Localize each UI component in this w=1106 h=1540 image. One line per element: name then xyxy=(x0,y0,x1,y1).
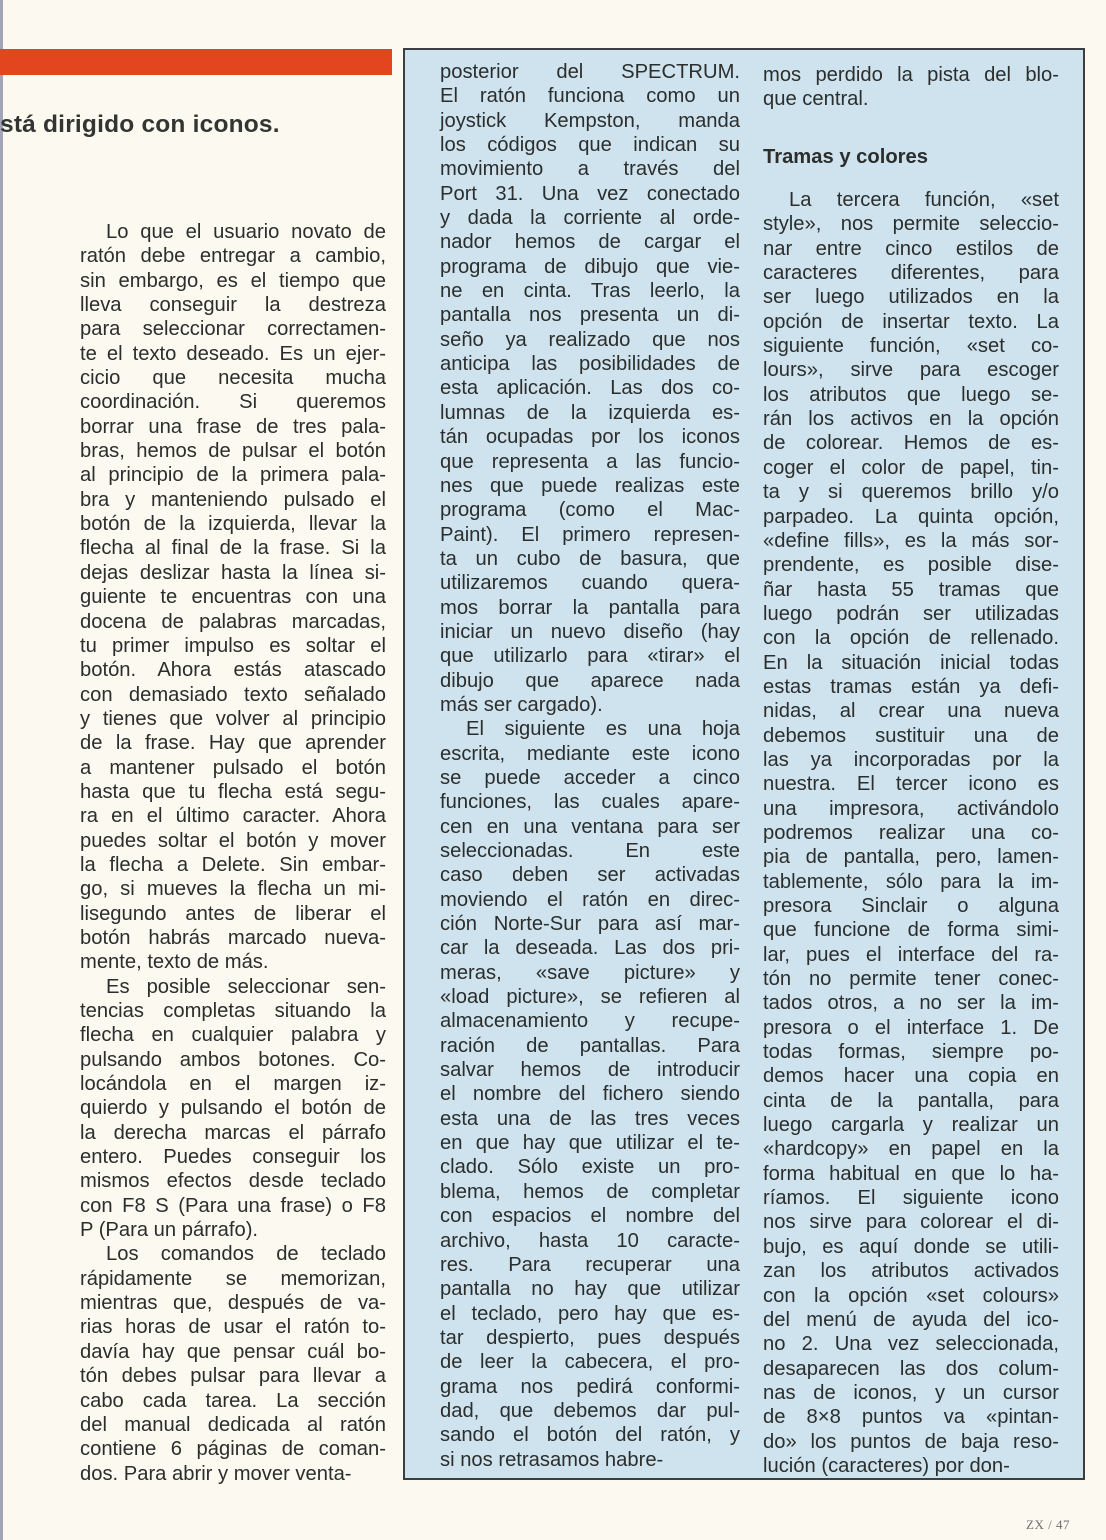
text-line: quierdo y pulsando el botón de xyxy=(80,1096,386,1120)
text-line: lución (caracteres) por don- xyxy=(763,1454,1059,1478)
text-line: si nos retrasamos habre- xyxy=(440,1448,740,1472)
text-line: dad, que debemos dar pul- xyxy=(440,1399,740,1423)
text-line: cabo cada tarea. La sección xyxy=(80,1389,386,1413)
text-line: mismos efectos desde teclado xyxy=(80,1169,386,1193)
text-line: botón habrás marcado nueva- xyxy=(80,926,386,950)
text-line: el teclado, pero hay que es- xyxy=(440,1302,740,1326)
text-line: la flecha a Delete. Sin embar- xyxy=(80,853,386,877)
text-line: a mantener pulsado el botón xyxy=(80,756,386,780)
text-line: puedes soltar el botón y mover xyxy=(80,829,386,853)
text-line: res. Para recuperar una xyxy=(440,1253,740,1277)
text-line: En la situación inicial todas xyxy=(763,651,1059,675)
text-line: del manual dedicada al ratón xyxy=(80,1413,386,1437)
text-line: tados otros, a no ser la im- xyxy=(763,991,1059,1015)
text-line: y tienes que volver al principio xyxy=(80,707,386,731)
text-line: pantalla no hay que utilizar xyxy=(440,1277,740,1301)
text-line: tu primer impulso es soltar el xyxy=(80,634,386,658)
text-line: opción de insertar texto. La xyxy=(763,310,1059,334)
text-line: Port 31. Una vez conectado xyxy=(440,182,740,206)
text-line: luego podrán ser utilizadas xyxy=(763,602,1059,626)
text-line: más ser cargado). xyxy=(440,693,740,717)
text-line: nos sirve para colorear el di- xyxy=(763,1210,1059,1234)
page-binding-edge xyxy=(0,0,3,1540)
text-line: cinta de la pantalla, para xyxy=(763,1089,1059,1113)
text-line: Paint). El primero represen- xyxy=(440,523,740,547)
text-line: ratón debe entregar a cambio, xyxy=(80,244,386,268)
text-line: ríamos. El siguiente icono xyxy=(763,1186,1059,1210)
text-line: el nombre del fichero siendo xyxy=(440,1082,740,1106)
text-line: meras, «save picture» y xyxy=(440,961,740,985)
left-paragraph-2: Es posible seleccionar sen-tencias compl… xyxy=(80,975,386,1243)
text-line: El siguiente es una hoja xyxy=(440,717,740,741)
text-line: programa (como el Mac- xyxy=(440,498,740,522)
text-line: davía hay que pensar cuál bo- xyxy=(80,1340,386,1364)
text-line: lisegundo antes de liberar el xyxy=(80,902,386,926)
text-line: La tercera función, «set xyxy=(763,188,1059,212)
text-line: pantalla nos presenta un di- xyxy=(440,303,740,327)
text-line: que representa a las funcio- xyxy=(440,450,740,474)
text-line: flecha al final de la frase. Si la xyxy=(80,536,386,560)
text-line: hasta que tu flecha está segu- xyxy=(80,780,386,804)
text-line: las ya incorporadas por la xyxy=(763,748,1059,772)
text-line: siguiente función, «set co- xyxy=(763,334,1059,358)
text-line: rán los activos en la opción xyxy=(763,407,1059,431)
text-line: Los comandos de teclado xyxy=(80,1242,386,1266)
text-line: se puede acceder a cinco xyxy=(440,766,740,790)
text-line: ra en el último caracter. Ahora xyxy=(80,804,386,828)
left-text-column: Lo que el usuario novato deratón debe en… xyxy=(80,220,386,1486)
text-line: ne en cinta. Tras leerlo, la xyxy=(440,279,740,303)
text-line: la derecha marcas el párrafo xyxy=(80,1121,386,1145)
text-line: desaparecen las dos colum- xyxy=(763,1357,1059,1381)
text-line: parpadeo. La quinta opción, xyxy=(763,505,1059,529)
text-line: nas de iconos, y un cursor xyxy=(763,1381,1059,1405)
text-line: demos hacer una copia en xyxy=(763,1064,1059,1088)
text-line: podremos realizar una co- xyxy=(763,821,1059,845)
text-line: locándola en el margen iz- xyxy=(80,1072,386,1096)
text-line: con demasiado texto señalado xyxy=(80,683,386,707)
text-line: programa de dibujo que vie- xyxy=(440,255,740,279)
text-line: en que hay que utilizar el te- xyxy=(440,1131,740,1155)
text-line: mente, texto de más. xyxy=(80,950,386,974)
text-line: dos. Para abrir y mover venta- xyxy=(80,1462,386,1486)
text-line: mos perdido la pista del blo- xyxy=(763,63,1059,87)
text-line: iniciar un nuevo diseño (hay xyxy=(440,620,740,644)
text-line: lours», sirve para escoger xyxy=(763,358,1059,382)
text-line: pia de pantalla, pero, lamen- xyxy=(763,845,1059,869)
text-line: con espacios el nombre del xyxy=(440,1204,740,1228)
text-line: estas tramas están ya defi- xyxy=(763,675,1059,699)
text-line: los códigos que indican su xyxy=(440,133,740,157)
text-line: todas formas, siempre po- xyxy=(763,1040,1059,1064)
text-line: coordinación. Si queremos xyxy=(80,390,386,414)
text-line: sin embargo, es el tiempo que xyxy=(80,269,386,293)
text-line: Es posible seleccionar sen- xyxy=(80,975,386,999)
text-line: mos borrar la pantalla para xyxy=(440,596,740,620)
text-line: «load picture», se refieren al xyxy=(440,985,740,1009)
text-line: borrar una frase de tres pala- xyxy=(80,415,386,439)
text-line: El ratón funciona como un xyxy=(440,84,740,108)
text-line: ta un cubo de basura, que xyxy=(440,547,740,571)
text-line: Lo que el usuario novato de xyxy=(80,220,386,244)
left-paragraph-3: Los comandos de tecladorápidamente se me… xyxy=(80,1242,386,1485)
text-line: tar despierto, pues después xyxy=(440,1326,740,1350)
text-line: salvar hemos de introducir xyxy=(440,1058,740,1082)
text-line: cen en una ventana para ser xyxy=(440,815,740,839)
text-line: car la deseada. Las dos pri- xyxy=(440,936,740,960)
text-line: tencias completas situando la xyxy=(80,999,386,1023)
left-paragraph-1: Lo que el usuario novato deratón debe en… xyxy=(80,220,386,975)
text-line: esta una de las tres veces xyxy=(440,1107,740,1131)
text-line: presora Sinclair o alguna xyxy=(763,894,1059,918)
sidebar-middle-column: posterior del SPECTRUM.El ratón funciona… xyxy=(440,60,740,1472)
text-line: caso deben ser activadas xyxy=(440,863,740,887)
text-line: go, si mueves la flecha un mi- xyxy=(80,877,386,901)
text-line: rápidamente se memorizan, xyxy=(80,1267,386,1291)
text-line: y dada la corriente al orde- xyxy=(440,206,740,230)
text-line: almacenamiento y recupe- xyxy=(440,1009,740,1033)
text-line: presora o el interface 1. De xyxy=(763,1016,1059,1040)
text-line: esta aplicación. Las dos co- xyxy=(440,376,740,400)
accent-color-bar xyxy=(0,49,392,75)
text-line: tón debes pulsar para llevar a xyxy=(80,1364,386,1388)
text-line: joystick Kempston, manda xyxy=(440,109,740,133)
text-line: style», nos permite seleccio- xyxy=(763,212,1059,236)
text-line: «hardcopy» en papel en la xyxy=(763,1137,1059,1161)
text-line: nador hemos de cargar el xyxy=(440,230,740,254)
section-subheading: Tramas y colores xyxy=(763,145,1059,169)
text-line: de colorear. Hemos de es- xyxy=(763,431,1059,455)
text-line: ción Norte-Sur para así mar- xyxy=(440,912,740,936)
text-line: lleva conseguir la destreza xyxy=(80,293,386,317)
text-line: con F8 S (Para una frase) o F8 xyxy=(80,1194,386,1218)
text-line: contiene 6 páginas de coman- xyxy=(80,1437,386,1461)
text-line: posterior del SPECTRUM. xyxy=(440,60,740,84)
text-line: botón. Ahora estás atascado xyxy=(80,658,386,682)
text-line: de leer la cabecera, el pro- xyxy=(440,1350,740,1374)
text-line: flecha en cualquier palabra y xyxy=(80,1023,386,1047)
text-line: P (Para un párrafo). xyxy=(80,1218,386,1242)
text-line: caracteres diferentes, para xyxy=(763,261,1059,285)
text-line: coger el color de papel, tin- xyxy=(763,456,1059,480)
text-line: guiente te encuentras con una xyxy=(80,585,386,609)
text-line: bra y manteniendo pulsado el xyxy=(80,488,386,512)
text-line: utilizaremos cuando quera- xyxy=(440,571,740,595)
text-line: escrita, mediante este icono xyxy=(440,742,740,766)
text-line: funciones, las cuales apare- xyxy=(440,790,740,814)
text-line: moviendo el ratón en direc- xyxy=(440,888,740,912)
text-line: dibujo que aparece nada xyxy=(440,669,740,693)
text-line: bras, hemos de pulsar el botón xyxy=(80,439,386,463)
text-line: sando el botón del ratón, y xyxy=(440,1423,740,1447)
text-line: zan los atributos activados xyxy=(763,1259,1059,1283)
text-line: al principio de la primera pala- xyxy=(80,463,386,487)
text-line: lumnas de la izquierda es- xyxy=(440,401,740,425)
text-line: do» los puntos de baja reso- xyxy=(763,1430,1059,1454)
text-line: grama nos pedirá conformi- xyxy=(440,1375,740,1399)
text-line: seño ya realizado que nos xyxy=(440,328,740,352)
text-line: que funcione de forma simi- xyxy=(763,918,1059,942)
text-line: forma habitual en que lo ha- xyxy=(763,1162,1059,1186)
text-line: rias horas de usar el ratón to- xyxy=(80,1315,386,1339)
text-line: tón no permite tener conec- xyxy=(763,967,1059,991)
text-line: ta y si queremos brillo y/o xyxy=(763,480,1059,504)
text-line: nar entre cinco estilos de xyxy=(763,237,1059,261)
text-line: blema, hemos de completar xyxy=(440,1180,740,1204)
sidebar-right-column: mos perdido la pista del blo-que central… xyxy=(763,63,1059,1478)
text-line: mientras que, después de va- xyxy=(80,1291,386,1315)
text-line: nidas, al crear una nueva xyxy=(763,699,1059,723)
text-line: del menú de ayuda del ico- xyxy=(763,1308,1059,1332)
text-line: cicio que necesita mucha xyxy=(80,366,386,390)
text-line: para seleccionar correctamen- xyxy=(80,317,386,341)
text-line: botón de la izquierda, llevar la xyxy=(80,512,386,536)
text-line: con la opción de rellenado. xyxy=(763,626,1059,650)
text-line: te el texto deseado. Es un ejer- xyxy=(80,342,386,366)
text-line: nuestra. El tercer icono es xyxy=(763,772,1059,796)
text-line: tán ocupadas por los iconos xyxy=(440,425,740,449)
text-line: bujo, es aquí donde se utili- xyxy=(763,1235,1059,1259)
text-line: de la frase. Hay que aprender xyxy=(80,731,386,755)
text-line: los atributos que luego se- xyxy=(763,383,1059,407)
text-line: anticipa las posibilidades de xyxy=(440,352,740,376)
sidebar-intro-paragraph: mos perdido la pista del blo-que central… xyxy=(763,63,1059,112)
text-line: una impresora, activándolo xyxy=(763,797,1059,821)
text-line: que central. xyxy=(763,87,1059,111)
sidebar-body-paragraph: La tercera función, «setstyle», nos perm… xyxy=(763,188,1059,1478)
text-line: lar, pues el interface del ra- xyxy=(763,943,1059,967)
text-line: entero. Puedes conseguir los xyxy=(80,1145,386,1169)
text-line: seleccionadas. En este xyxy=(440,839,740,863)
text-line: de 8×8 puntos va «pintan- xyxy=(763,1405,1059,1429)
text-line: clado. Sólo existe un pro- xyxy=(440,1155,740,1179)
text-line: luego cargarla y realizar un xyxy=(763,1113,1059,1137)
page-folio: ZX / 47 xyxy=(1026,1517,1070,1533)
text-line: archivo, hasta 10 caracte- xyxy=(440,1229,740,1253)
text-line: con la opción «set colours» xyxy=(763,1284,1059,1308)
text-line: debemos sustituir una de xyxy=(763,724,1059,748)
sidebar-paragraph-2: El siguiente es una hojaescrita, mediant… xyxy=(440,717,740,1472)
text-line: prendente, es posible dise- xyxy=(763,553,1059,577)
text-line: dejas deslizar hasta la línea si- xyxy=(80,561,386,585)
text-line: ser luego utilizados en la xyxy=(763,285,1059,309)
text-line: docena de palabras marcadas, xyxy=(80,610,386,634)
text-line: ración de pantallas. Para xyxy=(440,1034,740,1058)
text-line: «define fills», es la más sor- xyxy=(763,529,1059,553)
text-line: no 2. Una vez seleccionada, xyxy=(763,1332,1059,1356)
text-line: tablemente, sólo para la im- xyxy=(763,870,1059,894)
sidebar-paragraph-1: posterior del SPECTRUM.El ratón funciona… xyxy=(440,60,740,717)
text-line: pulsando ambos botones. Co- xyxy=(80,1048,386,1072)
text-line: ñar hasta 55 tramas que xyxy=(763,578,1059,602)
text-line: movimiento a través del xyxy=(440,157,740,181)
article-headline: stá dirigido con iconos. xyxy=(0,111,280,139)
text-line: nes que puede realizas este xyxy=(440,474,740,498)
text-line: que utilizarlo para «tirar» el xyxy=(440,644,740,668)
